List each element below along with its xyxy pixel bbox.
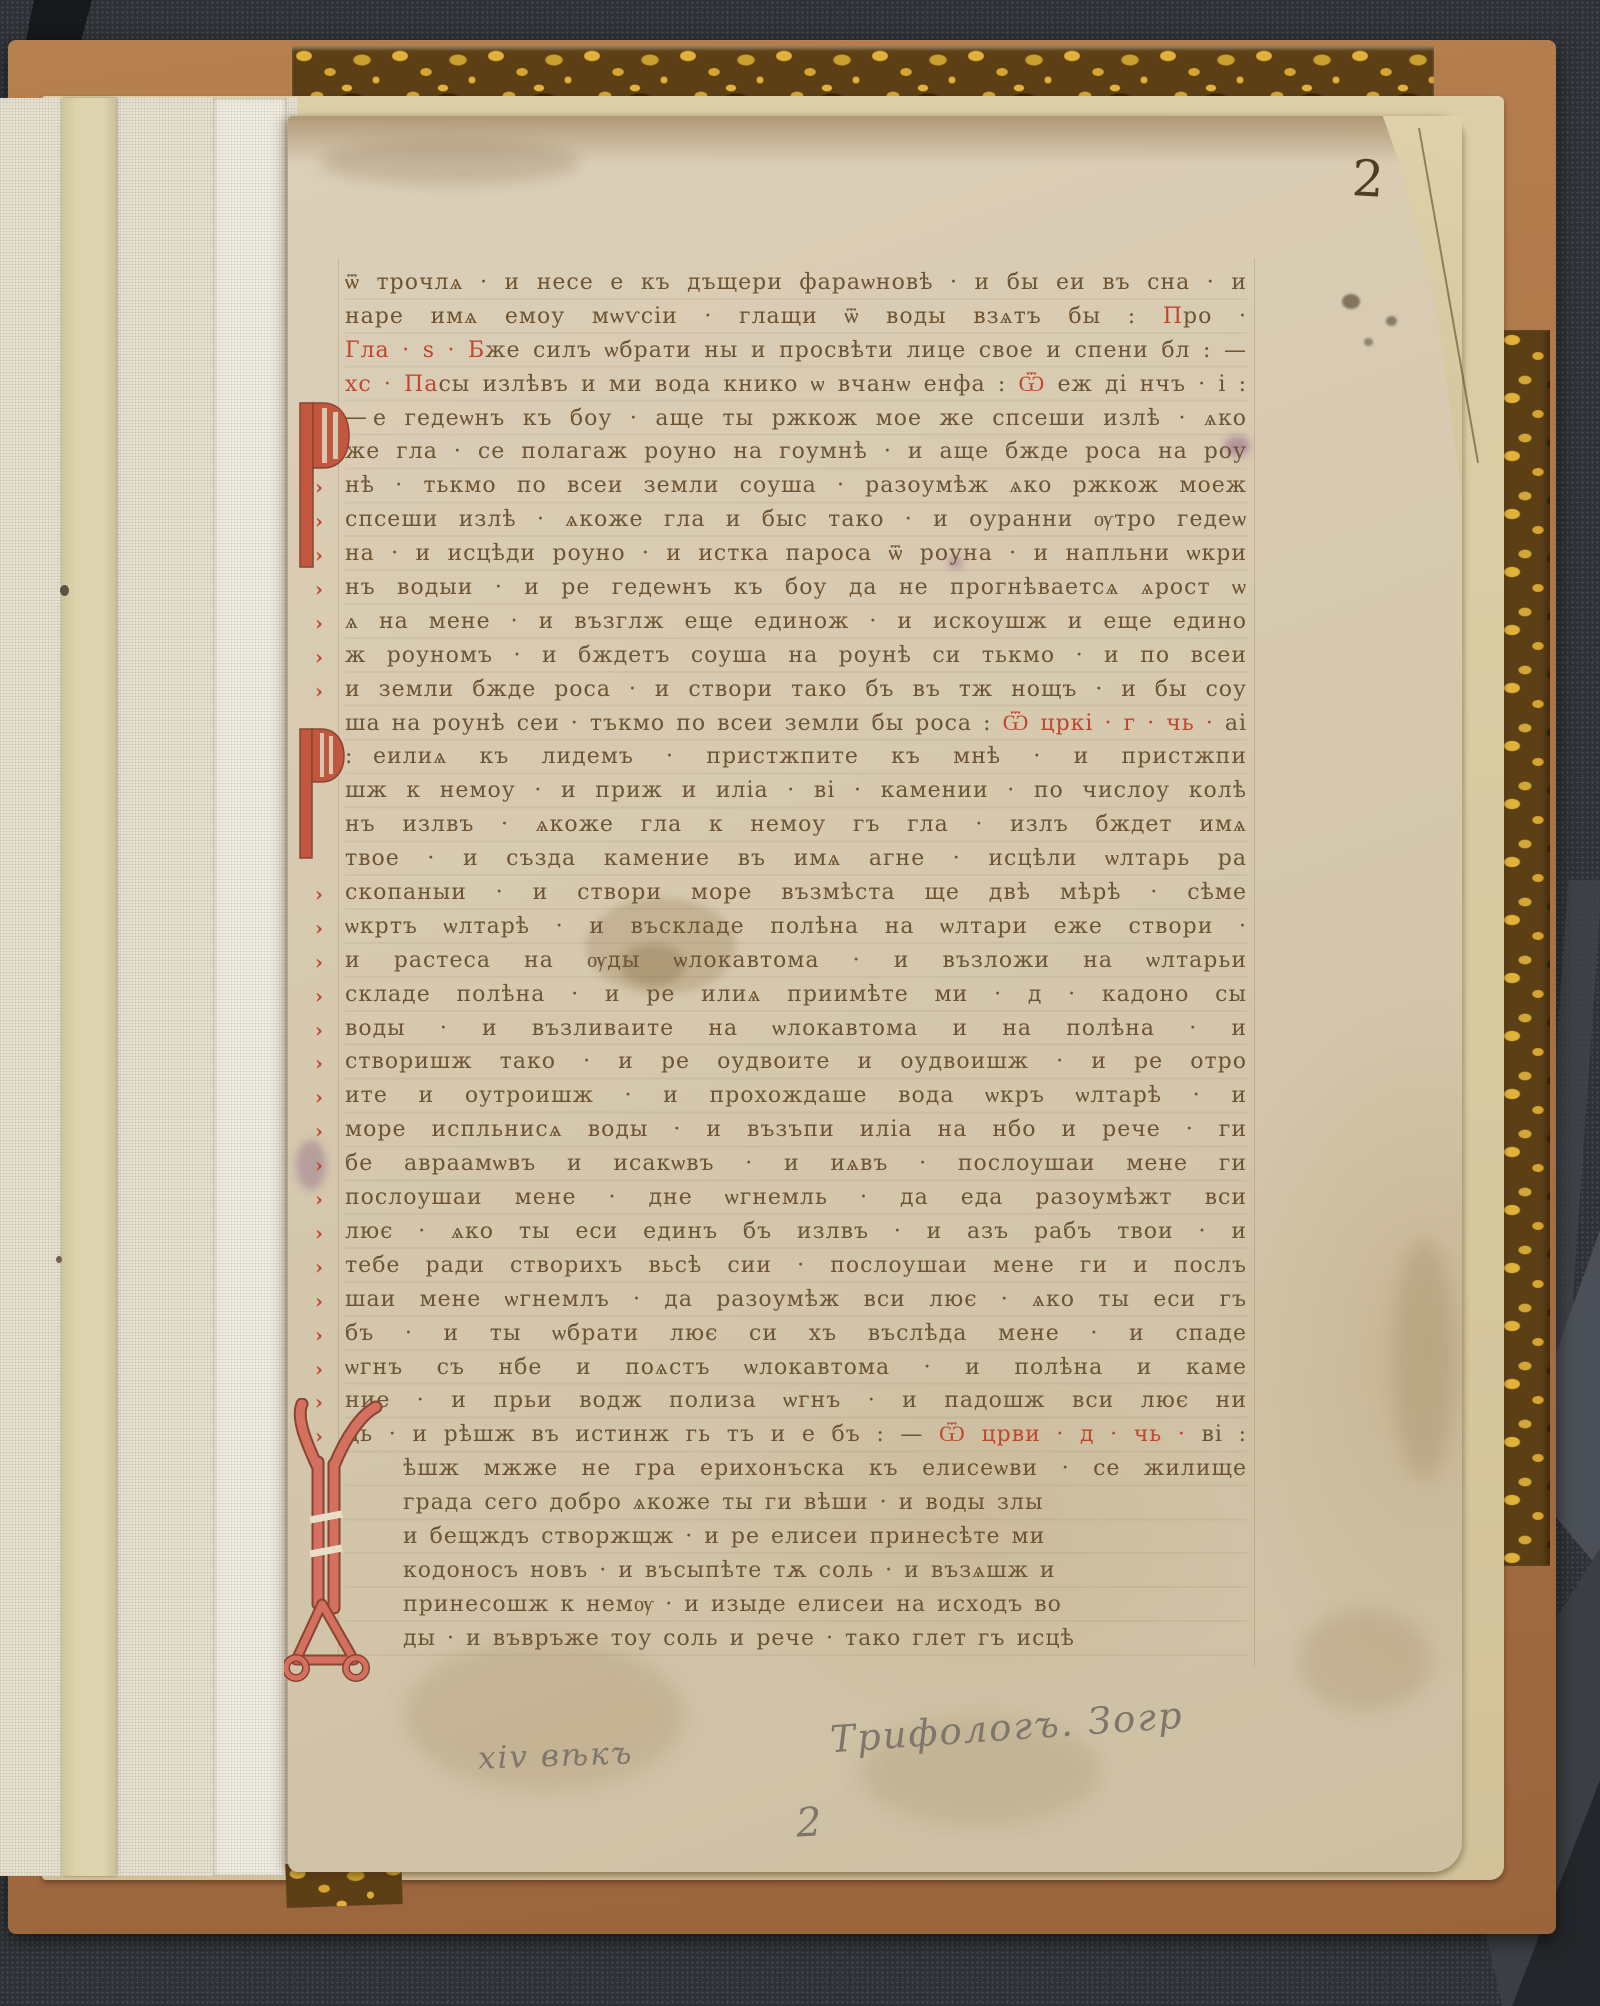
body-text: ѡкртъ ѡлтарѣ · и въскладе полѣна на ѡлта… [345, 914, 1247, 939]
text-line: ›ѡкртъ ѡлтарѣ · и въскладе полѣна на ѡлт… [345, 910, 1247, 944]
body-text: кодоносъ новъ · и въсыпѣте тѫ соль · и в… [403, 1558, 1056, 1583]
body-text: шаи мене ѡгнемлъ · да разоумѣж вси лює ·… [345, 1287, 1247, 1312]
text-line: нъ излвъ · ѧкоже гла к немоу гъ гла · из… [345, 808, 1247, 842]
text-line: ›воды · и възливаите на ѡлокавтома и на … [345, 1012, 1247, 1046]
text-line: ›бе авраамѡвъ и исакѡвъ · и иѧвъ · посло… [345, 1147, 1247, 1181]
rubric-mark-icon: › [315, 1353, 324, 1387]
rubric-mark-icon: › [315, 980, 324, 1014]
speck [1386, 316, 1397, 326]
folio-number: 2 [1351, 149, 1386, 209]
text-block: ѿ трочлѧ · и несе е къ дъщери фараѡновѣ … [345, 266, 1247, 1656]
body-text: ды · и въвръже тоу соль и рече · тако гл… [403, 1626, 1075, 1651]
text-line: ѣшж мжже не гра ерихонъска къ елисеѡви ·… [345, 1452, 1247, 1486]
linen-paper-strip [62, 98, 116, 1876]
body-text: ві : [1186, 1422, 1247, 1447]
rubric-mark-icon: › [315, 675, 324, 709]
text-line: ѿ трочлѧ · и несе е къ дъщери фараѡновѣ … [345, 266, 1247, 300]
text-line: ›лює · ѧко ты еси единъ бъ излвъ · и азъ… [345, 1215, 1247, 1249]
text-line: твое · и създа камение въ имѧ агне · исц… [345, 842, 1247, 876]
rubric-mark-icon: › [315, 1047, 324, 1081]
stain [1392, 1240, 1456, 1480]
text-line: ›ѧ на мене · и възглж еще единож · и иск… [345, 605, 1247, 639]
body-text: принесошж к немѹ · и изыде елисеи на исх… [403, 1592, 1062, 1617]
rubric-mark-icon: › [315, 1217, 324, 1251]
speck [1342, 294, 1360, 309]
body-text: нѣ · тькмо по всеи земли соуша · разоумѣ… [345, 473, 1247, 498]
text-line: града сего добро ѧкоже ты ги вѣши · и во… [345, 1486, 1247, 1520]
body-text: еилиѧ къ лидемъ · пристжпите къ мнѣ · и … [373, 744, 1247, 769]
body-text: ѧ на мене · и възглж еще единож · и иско… [345, 609, 1247, 634]
text-line: ›тебе ради створихъ вьсѣ сии · послоушаи… [345, 1249, 1247, 1283]
text-line: еилиѧ къ лидемъ · пристжпите къ мнѣ · и … [345, 740, 1247, 774]
linen-light-band [213, 98, 287, 1876]
body-text: спсеши излѣ · ѧкоже гла и быс тако · и о… [345, 507, 1247, 532]
body-text: на · и исцѣди роуно · и истка пароса ѿ р… [345, 541, 1247, 566]
body-text: лює · ѧко ты еси единъ бъ излвъ · и азъ … [345, 1219, 1247, 1244]
text-line: Гла · ѕ · Бже силъ ѡбрати ны и просвѣти … [345, 334, 1247, 368]
text-line: и бещждъ створжщж · и ре елисеи принесѣт… [345, 1520, 1247, 1554]
body-text: нъ излвъ · ѧкоже гла к немоу гъ гла · из… [345, 812, 1247, 837]
text-line: наре имѧ емоу мѡѵсіи · глащи ѿ воды взѧт… [345, 300, 1247, 334]
body-text: бъ · и ты ѡбрати лює си хъ въслѣда мене … [345, 1321, 1247, 1346]
initial-r-gideon-icon [295, 400, 351, 576]
rubric-text: Гла · ѕ · Б [345, 338, 485, 363]
body-text: наре имѧ емоу мѡѵсіи · глащи ѿ воды взѧт… [345, 304, 1163, 329]
rubric-text: Ѿ цркі · г · чь · [1003, 711, 1214, 736]
rubric-mark-icon: › [315, 1081, 324, 1115]
manuscript-photo-page: { "photo": { "folio_number": "2", "penci… [0, 0, 1600, 2006]
text-line: ›послоушаи мене · дне ѡгнемль · да еда р… [345, 1181, 1247, 1215]
text-line: ›ць · и рѣшж въ истинж гь тъ и е бъ : — … [345, 1418, 1247, 1452]
speck [1364, 338, 1373, 346]
body-text: море испльнисѧ воды · и възъпи иліа на н… [345, 1117, 1247, 1142]
rubric-mark-icon: › [315, 878, 324, 912]
body-text: сы излѣвъ и ми вода книко ѡ вчанѡ енфа : [438, 372, 1018, 397]
text-line: ›на · и исцѣди роуно · и истка пароса ѿ … [345, 537, 1247, 571]
text-line: ›нъ водыи · и ре гедеѡнъ къ боу да не пр… [345, 571, 1247, 605]
text-line: ›ѡгнъ съ нбе и поѧстъ ѡлокавтома · и пол… [345, 1351, 1247, 1385]
text-line: ›нѣ · тькмо по всеи земли соуша · разоум… [345, 469, 1247, 503]
text-line: же гла · се полагаж роуно на гоумнѣ · и … [345, 435, 1247, 469]
text-line: ›шаи мене ѡгнемлъ · да разоумѣж вси лює … [345, 1283, 1247, 1317]
body-text: и бещждъ створжщж · и ре елисеи принесѣт… [403, 1524, 1045, 1549]
initial-r-elijah-icon [295, 726, 345, 866]
body-text: шж к немоу · и приж и иліа · ві · камени… [345, 778, 1247, 803]
body-text: складе полѣна · и ре илиѧ приимѣте ми · … [345, 982, 1247, 1007]
text-line: ›море испльнисѧ воды · и възъпи иліа на … [345, 1113, 1247, 1147]
rubric-mark-icon: › [315, 1115, 324, 1149]
body-text: же гла · се полагаж роуно на гоумнѣ · и … [345, 439, 1247, 464]
rubric-mark-icon: › [315, 912, 324, 946]
text-line: ›спсеши излѣ · ѧкоже гла и быс тако · и … [345, 503, 1247, 537]
rubric-mark-icon: › [315, 1183, 324, 1217]
pencil-date-note: xiv вѣкъ [477, 1735, 634, 1776]
body-text: створишж тако · и ре оудвоите и оудвоишж… [345, 1049, 1247, 1074]
body-text: скопаныи · и створи море възмѣста ще двѣ… [345, 880, 1247, 905]
rubric-text: Ѿ [1018, 372, 1045, 397]
text-line: ›ж роуномъ · и бждетъ соуша на роунѣ си … [345, 639, 1247, 673]
text-line: ›и растеса на ѹды ѡлокавтома · и възложи… [345, 944, 1247, 978]
text-line: принесошж к немѹ · и изыде елисеи на исх… [345, 1588, 1247, 1622]
body-text: твое · и създа камение въ имѧ агне · исц… [345, 846, 1247, 871]
rubric-mark-icon: › [315, 1319, 324, 1353]
text-line: ›ние · и прьи водж полиза ѡгнъ · и падош… [345, 1384, 1247, 1418]
body-text: града сего добро ѧкоже ты ги вѣши · и во… [403, 1490, 1044, 1515]
text-line: ›скопаныи · и створи море възмѣста ще дв… [345, 876, 1247, 910]
body-text: и земли бжде роса · и створи тако бъ въ … [345, 677, 1247, 702]
body-text: ите и оутроишж · и прохождаше вода ѡкръ … [345, 1083, 1247, 1108]
text-line: е гедеѡнъ къ боу · аще ты ржкож мое же с… [345, 402, 1247, 436]
body-text: ша на роунѣ сеи · тъкмо по всеи земли бы… [345, 711, 1003, 736]
stain [320, 140, 580, 184]
rubric-text: П [1163, 304, 1183, 329]
text-line: шж к немоу · и приж и иліа · ві · камени… [345, 774, 1247, 808]
body-text: тебе ради створихъ вьсѣ сии · послоушаи … [345, 1253, 1247, 1278]
linen-knot [60, 585, 69, 596]
body-text: бе авраамѡвъ и исакѡвъ · и иѧвъ · послоу… [345, 1151, 1247, 1176]
rubric-mark-icon: › [315, 573, 324, 607]
body-text: нъ водыи · и ре гедеѡнъ къ боу да не про… [345, 575, 1247, 600]
text-line: ›и земли бжде роса · и створи тако бъ въ… [345, 673, 1247, 707]
body-text: послоушаи мене · дне ѡгнемль · да еда ра… [345, 1185, 1247, 1210]
text-line: ша на роунѣ сеи · тъкмо по всеи земли бы… [345, 707, 1247, 741]
rubric-mark-icon: › [315, 1149, 324, 1183]
text-line: ›складе полѣна · и ре илиѧ приимѣте ми ·… [345, 978, 1247, 1012]
rubric-mark-icon: › [315, 946, 324, 980]
rubric-mark-icon: › [315, 607, 324, 641]
rubric-text: хс · Па [345, 372, 438, 397]
text-line: кодоносъ новъ · и въсыпѣте тѫ соль · и в… [345, 1554, 1247, 1588]
rubric-mark-icon: › [315, 641, 324, 675]
body-text: воды · и възливаите на ѡлокавтома и на п… [345, 1016, 1247, 1041]
initial-r-elisha-ornate-icon [284, 1398, 394, 1698]
stain [1300, 1610, 1430, 1710]
body-text: ѣшж мжже не гра ерихонъска къ елисеѡви ·… [403, 1456, 1247, 1481]
text-line: ›створишж тако · и ре оудвоите и оудвоиш… [345, 1045, 1247, 1079]
ruling-line [1254, 258, 1255, 1666]
pencil-page-number: 2 [795, 1799, 823, 1846]
body-text: ро · [1183, 304, 1247, 329]
body-text: ць · и рѣшж въ истинж гь тъ и е бъ : — [345, 1422, 939, 1447]
rubric-mark-icon: › [315, 1285, 324, 1319]
rubric-mark-icon: › [315, 1251, 324, 1285]
body-text: ѡгнъ съ нбе и поѧстъ ѡлокавтома · и полѣ… [345, 1355, 1247, 1380]
text-line: ды · и въвръже тоу соль и рече · тако гл… [345, 1622, 1247, 1656]
body-text: ние · и прьи водж полиза ѡгнъ · и падошж… [345, 1388, 1247, 1413]
linen-knot [56, 1256, 62, 1263]
rubric-mark-icon: › [315, 1014, 324, 1048]
rubric-text: Ѿ црви · д · чь · [939, 1422, 1186, 1447]
text-line: ›бъ · и ты ѡбрати лює си хъ въслѣда мене… [345, 1317, 1247, 1351]
body-text: е гедеѡнъ къ боу · аще ты ржкож мое же с… [373, 406, 1247, 431]
body-text: ж роуномъ · и бждетъ соуша на роунѣ си т… [345, 643, 1247, 668]
body-text: ѿ трочлѧ · и несе е къ дъщери фараѡновѣ … [345, 270, 1247, 295]
marbled-paper-right-edge [1500, 330, 1550, 1566]
body-text: и растеса на ѹды ѡлокавтома · и възложи … [345, 948, 1247, 973]
body-text: же силъ ѡбрати ны и просвѣти лице свое и… [485, 338, 1247, 363]
text-line: ›ите и оутроишж · и прохождаше вода ѡкръ… [345, 1079, 1247, 1113]
text-line: хс · Пасы излѣвъ и ми вода книко ѡ вчанѡ… [345, 368, 1247, 402]
